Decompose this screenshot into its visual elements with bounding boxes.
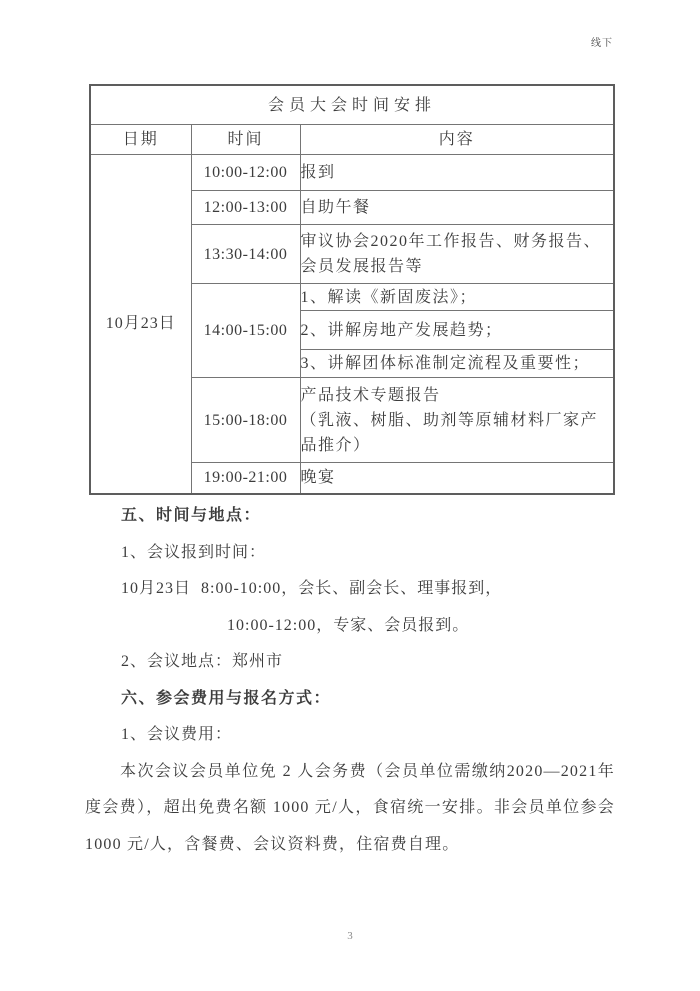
time-cell: 10:00-12:00 xyxy=(191,155,300,191)
item-meeting-location: 2、会议地点：郑州市 xyxy=(85,644,615,681)
registration-line-1: 10月23日 8:00-10:00，会长、副会长、理事报到， xyxy=(85,571,615,608)
fee-paragraph: 本次会议会员单位免 2 人会务费（会员单位需缴纳2020—2021年度会费），超… xyxy=(85,754,615,864)
content-line-2: （乳液、树脂、助剂等原辅材料厂家产品推介） xyxy=(301,408,614,458)
page-number: 3 xyxy=(0,930,700,942)
content-cell: 审议协会2020年工作报告、财务报告、会员发展报告等 xyxy=(300,225,614,284)
table-title: 会员大会时间安排 xyxy=(90,85,614,125)
content-cell: 产品技术专题报告 （乳液、树脂、助剂等原辅材料厂家产品推介） xyxy=(300,378,614,463)
content-cell: 报到 xyxy=(300,155,614,191)
document-page: { "page": { "corner_label": "线下", "page_… xyxy=(0,0,700,991)
section-heading-5: 五、时间与地点： xyxy=(85,498,615,535)
registration-line-2: 10:00-12:00，专家、会员报到。 xyxy=(85,608,615,645)
content-cell: 1、解读《新固废法》； xyxy=(300,284,614,311)
offline-corner-label: 线下 xyxy=(591,34,613,49)
schedule-table: 会员大会时间安排 日期 时间 内容 10月23日 10:00-12:00 报到 … xyxy=(89,84,615,495)
column-header-date: 日期 xyxy=(90,125,191,155)
item-registration-time: 1、会议报到时间： xyxy=(85,535,615,572)
section-heading-6: 六、参会费用与报名方式： xyxy=(85,681,615,718)
time-cell: 19:00-21:00 xyxy=(191,463,300,494)
time-cell: 12:00-13:00 xyxy=(191,191,300,225)
content-line-1: 产品技术专题报告 xyxy=(301,383,614,408)
content-cell: 3、讲解团体标准制定流程及重要性； xyxy=(300,350,614,378)
time-cell: 15:00-18:00 xyxy=(191,378,300,463)
column-header-time: 时间 xyxy=(191,125,300,155)
item-meeting-fee: 1、会议费用： xyxy=(85,717,615,754)
content-cell: 自助午餐 xyxy=(300,191,614,225)
column-header-content: 内容 xyxy=(300,125,614,155)
table-row: 10月23日 10:00-12:00 报到 xyxy=(90,155,614,191)
document-body: 五、时间与地点： 1、会议报到时间： 10月23日 8:00-10:00，会长、… xyxy=(85,498,615,863)
time-cell: 13:30-14:00 xyxy=(191,225,300,284)
content-cell: 晚宴 xyxy=(300,463,614,494)
date-cell: 10月23日 xyxy=(90,155,191,494)
time-cell: 14:00-15:00 xyxy=(191,284,300,378)
content-cell: 2、讲解房地产发展趋势； xyxy=(300,311,614,350)
